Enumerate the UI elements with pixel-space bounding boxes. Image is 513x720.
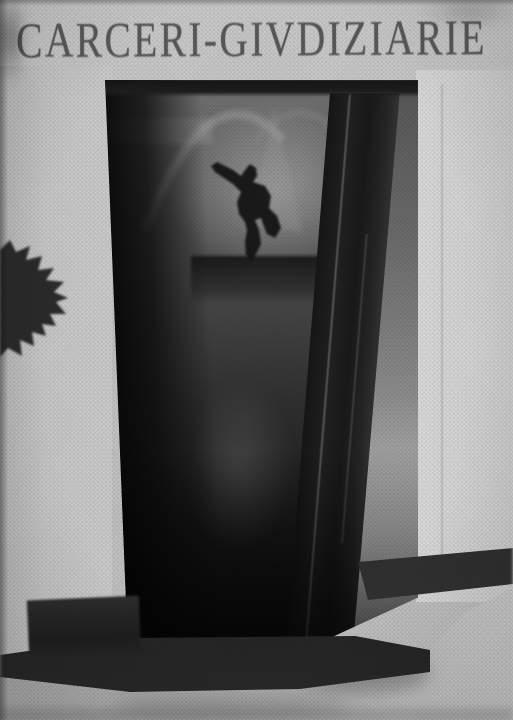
wall-plinth-block [27, 596, 141, 659]
foliage-silhouette [0, 236, 76, 360]
doorway-inscription: CARCERI-GIVDIZIARIE [16, 12, 487, 65]
door-lintel [105, 80, 418, 97]
right-wall [416, 70, 513, 602]
left-wall [0, 66, 112, 666]
statue-silhouette [203, 156, 293, 268]
pavement-edge-shading [0, 708, 513, 720]
photo-left-edge [0, 0, 8, 720]
photograph: CARCERI-GIVDIZIARIE [0, 0, 513, 720]
photo-top-edge [0, 0, 513, 6]
doorframe-seam-line [441, 84, 443, 572]
